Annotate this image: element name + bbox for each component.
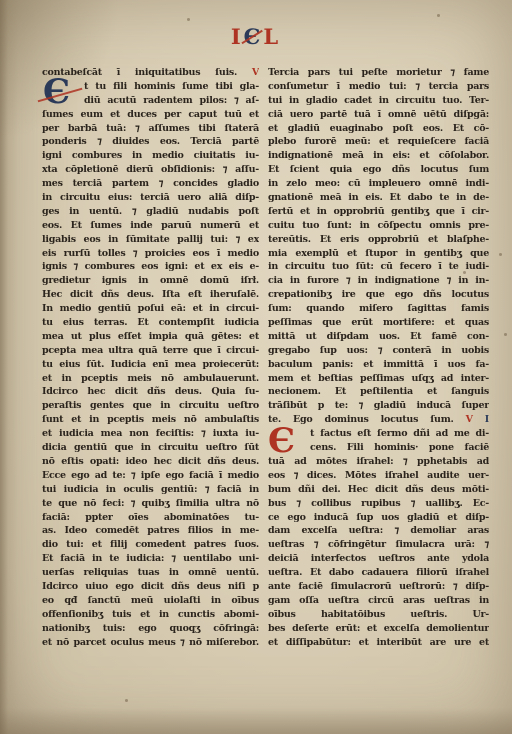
line-text: cens. Fili hominis· pone faciē bbox=[310, 442, 489, 453]
text-line: peraſtis gentes que in circuitu ueſtro bbox=[42, 399, 259, 413]
text-line: In medio gentiū poſui eā: et in circui- bbox=[42, 302, 259, 316]
line-text: cuitu tuo ſunt: in cōſpectu omnis pre- bbox=[268, 220, 489, 231]
text-line: baculum panis: et immittā ī uos fa- bbox=[268, 358, 489, 372]
manuscript-page: IЄL Є contabeſcāt ī iniquitatibus ſuis. … bbox=[0, 0, 512, 734]
text-line: crepationibʒ ire que ego dñs locutus bbox=[268, 288, 489, 302]
text-line: indignationē meā in eis: et cōſolabor. bbox=[268, 149, 489, 163]
paper-speck bbox=[125, 699, 128, 702]
line-text: bum dñi dei. Hec dicit dñs deus mōti- bbox=[268, 484, 489, 495]
line-text: xta cōpletionē dierū obſidionis: ⁊ aſſu- bbox=[42, 164, 259, 175]
text-line: te que nō feci: ⁊ quibʒ ſimilia ultra nō bbox=[42, 497, 259, 511]
text-line: ueſtra. Et dabo cadauera filiorū iſrahel bbox=[268, 566, 489, 580]
text-line: tu eius ſūt. Iudicia enī mea proiecerūt: bbox=[42, 358, 259, 372]
line-text: dicia gentiū que in circuitu ueſtro ſūt bbox=[42, 442, 259, 453]
text-line: ſertū et in opprobriū gentibʒ que ī cir- bbox=[268, 205, 489, 219]
line-text: te que nō feci: ⁊ quibʒ ſimilia ultra nō bbox=[42, 498, 259, 509]
line-text: mittā ut diſpdam uos. Et famē con- bbox=[268, 331, 489, 342]
line-text: gredietur ignis in omnē domū iſrł. bbox=[42, 275, 259, 286]
text-line: tereūtis. Et eris opprobriū et blaſphe- bbox=[268, 233, 489, 247]
paper-speck bbox=[187, 18, 190, 21]
text-line: diū acutū radentem pilos: ⁊ aſ- bbox=[42, 94, 259, 108]
line-text: tui iudicia in oculis gentiū: ⁊ faciā in bbox=[42, 484, 259, 495]
line-text: t tu fili hominis ſume tibi gla- bbox=[84, 81, 259, 92]
text-line: dicia gentiū que in circuitu ueſtro ſūt bbox=[42, 441, 259, 455]
text-line: trāſibūt p te: ⁊ gladiū inducā ſuper bbox=[268, 399, 489, 413]
text-line: igni combures in medio ciuitatis iu- bbox=[42, 149, 259, 163]
text-line: eo qđ ſanctū meū uiolaſti in oībus bbox=[42, 594, 259, 608]
text-line: bus ⁊ collibus rupibus ⁊ uallibʒ. Ec- bbox=[268, 497, 489, 511]
line-text: ce ego inducā ſup uos gladiū et diſp- bbox=[268, 512, 489, 523]
text-line: gam oſſa ueſtra circū aras ueſtras in bbox=[268, 594, 489, 608]
line-text: Tercia pars tui peſte morietur ⁊ fame bbox=[268, 67, 489, 78]
line-text: deiciā interfectos ueſtros ante ydola bbox=[268, 553, 489, 564]
text-line: per barbā tuā: ⁊ aſſumes tibi ſtaterā bbox=[42, 122, 259, 136]
text-line: as. Ideo comedēt patres filios in me- bbox=[42, 524, 259, 538]
text-line: gnationē meā in eis. Et dabo te in de- bbox=[268, 191, 489, 205]
text-line: Hec dicit dñs deus. Iſta eſt iheruſalē. bbox=[42, 288, 259, 302]
line-text: oībus habitatōibus ueſtris. Ur- bbox=[268, 609, 489, 620]
text-line: in circuitu tuo ſūt: cū fecero ī te iudi… bbox=[268, 260, 489, 274]
text-line: cens. Fili hominis· pone faciē bbox=[268, 441, 489, 455]
text-line: dio tui: et filij comedent patres ſuos. bbox=[42, 538, 259, 552]
text-line: tui in gladio cadet in circuitu tuo. Ter… bbox=[268, 94, 489, 108]
text-line: ges in uentū. ⁊ gladiū nudabis poſt bbox=[42, 205, 259, 219]
text-line: ce ego inducā ſup uos gladiū et diſp- bbox=[268, 511, 489, 525]
text-line: nō eſtis opati: ideo hec dicit dñs deus. bbox=[42, 455, 259, 469]
text-line: ignis ⁊ combures eos igni: et ex eis e- bbox=[42, 260, 259, 274]
line-text: diū acutū radentem pilos: ⁊ aſ- bbox=[84, 95, 259, 106]
text-line: pcepta mea ultra quā terre que ī circui- bbox=[42, 344, 259, 358]
line-text: contabeſcāt ī iniquitatibus ſuis. bbox=[42, 67, 252, 78]
chapter-numeral: V bbox=[252, 67, 259, 78]
text-line: Idcirco uiuo ego dicit dñs deus niſi p bbox=[42, 580, 259, 594]
paper-speck bbox=[437, 14, 440, 17]
text-line: tuā ad mōtes iſrahel: ⁊ pphetabis ad bbox=[268, 455, 489, 469]
line-text: ante faciē ſimulacrorū ueſtrorū: ⁊ diſp- bbox=[268, 581, 489, 592]
line-text: gnationē meā in eis. Et dabo te in de- bbox=[268, 192, 489, 203]
text-line: gredietur ignis in omnē domū iſrł. bbox=[42, 274, 259, 288]
line-text: et iudicia mea non feciſtis: ⁊ iuxta iu- bbox=[42, 428, 259, 439]
line-text: et gladiū euaginabo poſt eos. Et cō- bbox=[268, 123, 489, 134]
text-line: eos. Et ſumes inde paruū numerū et bbox=[42, 219, 259, 233]
text-line: bum dñi dei. Hec dicit dñs deus mōti- bbox=[268, 483, 489, 497]
text-line: ueſtras ⁊ cōfringētur ſimulacra urā: ⁊ bbox=[268, 538, 489, 552]
line-text: dam excelſa ueſtra: ⁊ demoliar aras bbox=[268, 525, 489, 536]
text-line: plebo furorē meū: et requieſcere faciā bbox=[268, 135, 489, 149]
text-line: xta cōpletionē dierū obſidionis: ⁊ aſſu- bbox=[42, 163, 259, 177]
line-text: nō eſtis opati: ideo hec dicit dñs deus. bbox=[42, 456, 259, 467]
line-text: bus ⁊ collibus rupibus ⁊ uallibʒ. Ec- bbox=[268, 498, 489, 509]
text-line: necionem. Et peſtilentia et ſanguis bbox=[268, 385, 489, 399]
line-text: t factus eſt ſermo dñi ad me di- bbox=[310, 428, 489, 439]
line-text: in zelo meo: cū impleuero omnē indi- bbox=[268, 178, 489, 189]
text-line: bes deſerte erūt: et excelſa demolientur bbox=[268, 622, 489, 636]
text-line: peſſimas que erūt mortifere: et quas bbox=[268, 316, 489, 330]
running-head: IЄL bbox=[0, 24, 512, 49]
text-line: ligabis eos in ſūmitate pallij tui: ⁊ ex bbox=[42, 233, 259, 247]
line-text: et nō parcet oculus meus ⁊ nō miſerebor. bbox=[42, 637, 259, 648]
line-text: necionem. Et peſtilentia et ſanguis bbox=[268, 386, 489, 397]
paper-speck bbox=[504, 333, 507, 336]
line-text: te. Ego dominus locutus ſum. bbox=[268, 414, 466, 425]
line-text: Et ſcient quia ego dñs locutus ſum bbox=[268, 164, 489, 175]
text-line: te. Ego dominus locutus ſum. V I bbox=[268, 413, 489, 427]
text-line: et nō parcet oculus meus ⁊ nō miſerebor. bbox=[42, 636, 259, 650]
line-text: crepationibʒ ire que ego dñs locutus bbox=[268, 289, 489, 300]
line-text: eos. Et ſumes inde paruū numerū et bbox=[42, 220, 259, 231]
left-text-column: Є contabeſcāt ī iniquitatibus ſuis. Vt t… bbox=[42, 66, 259, 649]
line-text: ſum: quando miſero ſagittas famis bbox=[268, 303, 489, 314]
line-text: peſſimas que erūt mortifere: et quas bbox=[268, 317, 489, 328]
text-line: offenſionibʒ tuis et in cunctis abomi- bbox=[42, 608, 259, 622]
text-line: mea ut plus eſſet impia quā gētes: et bbox=[42, 330, 259, 344]
text-line: tui iudicia in oculis gentiū: ⁊ faciā in bbox=[42, 483, 259, 497]
text-line: in zelo meo: cū impleuero omnē indi- bbox=[268, 177, 489, 191]
text-line: Tercia pars tui peſte morietur ⁊ fame bbox=[268, 66, 489, 80]
text-line: eos ⁊ dices. Mōtes iſrahel audite uer- bbox=[268, 469, 489, 483]
paper-speck bbox=[463, 271, 466, 274]
text-line: in circuitu eius: terciā uero aliā diſp- bbox=[42, 191, 259, 205]
text-line: faciā: ppter oīes abominatōes tu- bbox=[42, 511, 259, 525]
line-text: et in pceptis meis nō ambulauerunt. bbox=[42, 373, 259, 384]
text-line: mem et beſtias peſſimas uſqʒ ad inter- bbox=[268, 372, 489, 386]
line-text: Ecce ego ad te: ⁊ ipſe ego faciā ī medio bbox=[42, 470, 259, 481]
text-line: tu eius terras. Et contempſit iudicia bbox=[42, 316, 259, 330]
line-text: uerſas reliquias tuas in omnē uentū. bbox=[42, 567, 259, 578]
line-text: mem et beſtias peſſimas uſqʒ ad inter- bbox=[268, 373, 489, 384]
text-line: Idcirco hec dicit dñs deus. Quia ſu- bbox=[42, 385, 259, 399]
text-line: mittā ut diſpdam uos. Et famē con- bbox=[268, 330, 489, 344]
line-text: ponderis ⁊ diuides eos. Terciā partē bbox=[42, 136, 259, 147]
line-text: offenſionibʒ tuis et in cunctis abomi- bbox=[42, 609, 259, 620]
line-text: in circuitu eius: terciā uero aliā diſp- bbox=[42, 192, 259, 203]
line-text: tui in gladio cadet in circuitu tuo. Ter… bbox=[268, 95, 489, 106]
line-text: mia exemplū et ſtupor in gentibʒ que bbox=[268, 248, 489, 259]
text-line: et in pceptis meis nō ambulauerunt. bbox=[42, 372, 259, 386]
text-line: ponderis ⁊ diuides eos. Terciā partē bbox=[42, 135, 259, 149]
text-line: cia in furore ⁊ in indignatione ⁊ in in- bbox=[268, 274, 489, 288]
line-text: faciā: ppter oīes abominatōes tu- bbox=[42, 512, 259, 523]
line-text: mea ut plus eſſet impia quā gētes: et bbox=[42, 331, 259, 342]
running-head-letter: Є bbox=[244, 24, 264, 49]
line-text: gregabo ſup uos: ⁊ conterā in uobis bbox=[268, 345, 489, 356]
running-head-letter: L bbox=[263, 24, 281, 49]
line-text: baculum panis: et immittā ī uos fa- bbox=[268, 359, 489, 370]
chapter-numeral: V bbox=[466, 414, 485, 425]
text-line: et iudicia mea non feciſtis: ⁊ iuxta iu- bbox=[42, 427, 259, 441]
right-text-column: Є Tercia pars tui peſte morietur ⁊ famec… bbox=[268, 66, 489, 649]
text-line: ſum: quando miſero ſagittas famis bbox=[268, 302, 489, 316]
text-line: mia exemplū et ſtupor in gentibʒ que bbox=[268, 247, 489, 261]
line-text: gam oſſa ueſtra circū aras ueſtras in bbox=[268, 595, 489, 606]
line-text: tu eius ſūt. Iudicia enī mea proiecerūt: bbox=[42, 359, 259, 370]
line-text: Hec dicit dñs deus. Iſta eſt iheruſalē. bbox=[42, 289, 259, 300]
text-line: Et faciā in te iudicia: ⁊ uentilabo uni- bbox=[42, 552, 259, 566]
chapter-initial-left: Є bbox=[43, 77, 70, 107]
line-text: indignationē meā in eis: et cōſolabor. bbox=[268, 150, 489, 161]
page-bottom-edge-shading bbox=[0, 708, 512, 734]
text-line: et gladiū euaginabo poſt eos. Et cō- bbox=[268, 122, 489, 136]
line-text: cia in furore ⁊ in indignatione ⁊ in in- bbox=[268, 275, 489, 286]
text-line: ſunt et in pceptis meis nō ambulaſtis bbox=[42, 413, 259, 427]
line-text: nationibʒ tuis: ego quoqʒ cōfringā: bbox=[42, 623, 259, 634]
text-line: ciā uero partē tuā ī omnē uētū diſpgā: bbox=[268, 108, 489, 122]
paper-speck bbox=[499, 253, 502, 256]
text-line: uerſas reliquias tuas in omnē uentū. bbox=[42, 566, 259, 580]
line-text: et diſſipabūtur: et interibūt are ure et bbox=[268, 637, 489, 648]
text-line: ſumes eum et duces per caput tuū et bbox=[42, 108, 259, 122]
running-head-letter: I bbox=[231, 24, 244, 49]
text-line: deiciā interfectos ueſtros ante ydola bbox=[268, 552, 489, 566]
text-line: t factus eſt ſermo dñi ad me di- bbox=[268, 427, 489, 441]
text-line: contabeſcāt ī iniquitatibus ſuis. V bbox=[42, 66, 259, 80]
line-text: ſumes eum et duces per caput tuū et bbox=[42, 109, 259, 120]
chapter-initial-right: Є bbox=[268, 426, 295, 456]
text-line: et diſſipabūtur: et interibūt are ure et bbox=[268, 636, 489, 650]
line-text: Idcirco hec dicit dñs deus. Quia ſu- bbox=[42, 386, 259, 397]
text-line: ante faciē ſimulacrorū ueſtrorū: ⁊ diſp- bbox=[268, 580, 489, 594]
line-text: ſunt et in pceptis meis nō ambulaſtis bbox=[42, 414, 259, 425]
text-line: t tu fili hominis ſume tibi gla- bbox=[42, 80, 259, 94]
text-line: oībus habitatōibus ueſtris. Ur- bbox=[268, 608, 489, 622]
text-line: dam excelſa ueſtra: ⁊ demoliar aras bbox=[268, 524, 489, 538]
line-text: conſumetur ī medio tui: ⁊ tercia pars bbox=[268, 81, 489, 92]
text-line: cuitu tuo ſunt: in cōſpectu omnis pre- bbox=[268, 219, 489, 233]
line-text: bes deſerte erūt: et excelſa demolientur bbox=[268, 623, 489, 634]
line-text: Et faciā in te iudicia: ⁊ uentilabo uni- bbox=[42, 553, 259, 564]
line-text: ſertū et in opprobriū gentibʒ que ī cir- bbox=[268, 206, 489, 217]
text-line: mes terciā partem ⁊ concides gladio bbox=[42, 177, 259, 191]
line-text: eis rurſū tolles ⁊ proicies eos ī medio bbox=[42, 248, 259, 259]
line-text: in circuitu tuo ſūt: cū fecero ī te iudi… bbox=[268, 261, 489, 272]
line-text: eos ⁊ dices. Mōtes iſrahel audite uer- bbox=[268, 470, 489, 481]
chapter-numeral: I bbox=[485, 414, 489, 425]
line-text: In medio gentiū poſui eā: et in circui- bbox=[42, 303, 259, 314]
text-line: Et ſcient quia ego dñs locutus ſum bbox=[268, 163, 489, 177]
text-line: conſumetur ī medio tui: ⁊ tercia pars bbox=[268, 80, 489, 94]
line-text: ueſtras ⁊ cōfringētur ſimulacra urā: ⁊ bbox=[268, 539, 489, 550]
line-text: per barbā tuā: ⁊ aſſumes tibi ſtaterā bbox=[42, 123, 259, 134]
line-text: mes terciā partem ⁊ concides gladio bbox=[42, 178, 259, 189]
line-text: ueſtra. Et dabo cadauera filiorū iſrahel bbox=[268, 567, 489, 578]
line-text: igni combures in medio ciuitatis iu- bbox=[42, 150, 259, 161]
line-text: ciā uero partē tuā ī omnē uētū diſpgā: bbox=[268, 109, 489, 120]
line-text: tuā ad mōtes iſrahel: ⁊ pphetabis ad bbox=[268, 456, 489, 467]
line-text: peraſtis gentes que in circuitu ueſtro bbox=[42, 400, 259, 411]
line-text: pcepta mea ultra quā terre que ī circui- bbox=[42, 345, 259, 356]
text-line: Ecce ego ad te: ⁊ ipſe ego faciā ī medio bbox=[42, 469, 259, 483]
line-text: ligabis eos in ſūmitate pallij tui: ⁊ ex bbox=[42, 234, 259, 245]
line-text: ignis ⁊ combures eos igni: et ex eis e- bbox=[42, 261, 259, 272]
text-line: gregabo ſup uos: ⁊ conterā in uobis bbox=[268, 344, 489, 358]
line-text: dio tui: et filij comedent patres ſuos. bbox=[42, 539, 259, 550]
line-text: Idcirco uiuo ego dicit dñs deus niſi p bbox=[42, 581, 259, 592]
line-text: eo qđ ſanctū meū uiolaſti in oībus bbox=[42, 595, 259, 606]
text-line: nationibʒ tuis: ego quoqʒ cōfringā: bbox=[42, 622, 259, 636]
line-text: tereūtis. Et eris opprobriū et blaſphe- bbox=[268, 234, 489, 245]
line-text: ges in uentū. ⁊ gladiū nudabis poſt bbox=[42, 206, 259, 217]
line-text: trāſibūt p te: ⁊ gladiū inducā ſuper bbox=[268, 400, 489, 411]
line-text: as. Ideo comedēt patres filios in me- bbox=[42, 525, 259, 536]
line-text: plebo furorē meū: et requieſcere faciā bbox=[268, 136, 489, 147]
text-line: eis rurſū tolles ⁊ proicies eos ī medio bbox=[42, 247, 259, 261]
line-text: tu eius terras. Et contempſit iudicia bbox=[42, 317, 259, 328]
